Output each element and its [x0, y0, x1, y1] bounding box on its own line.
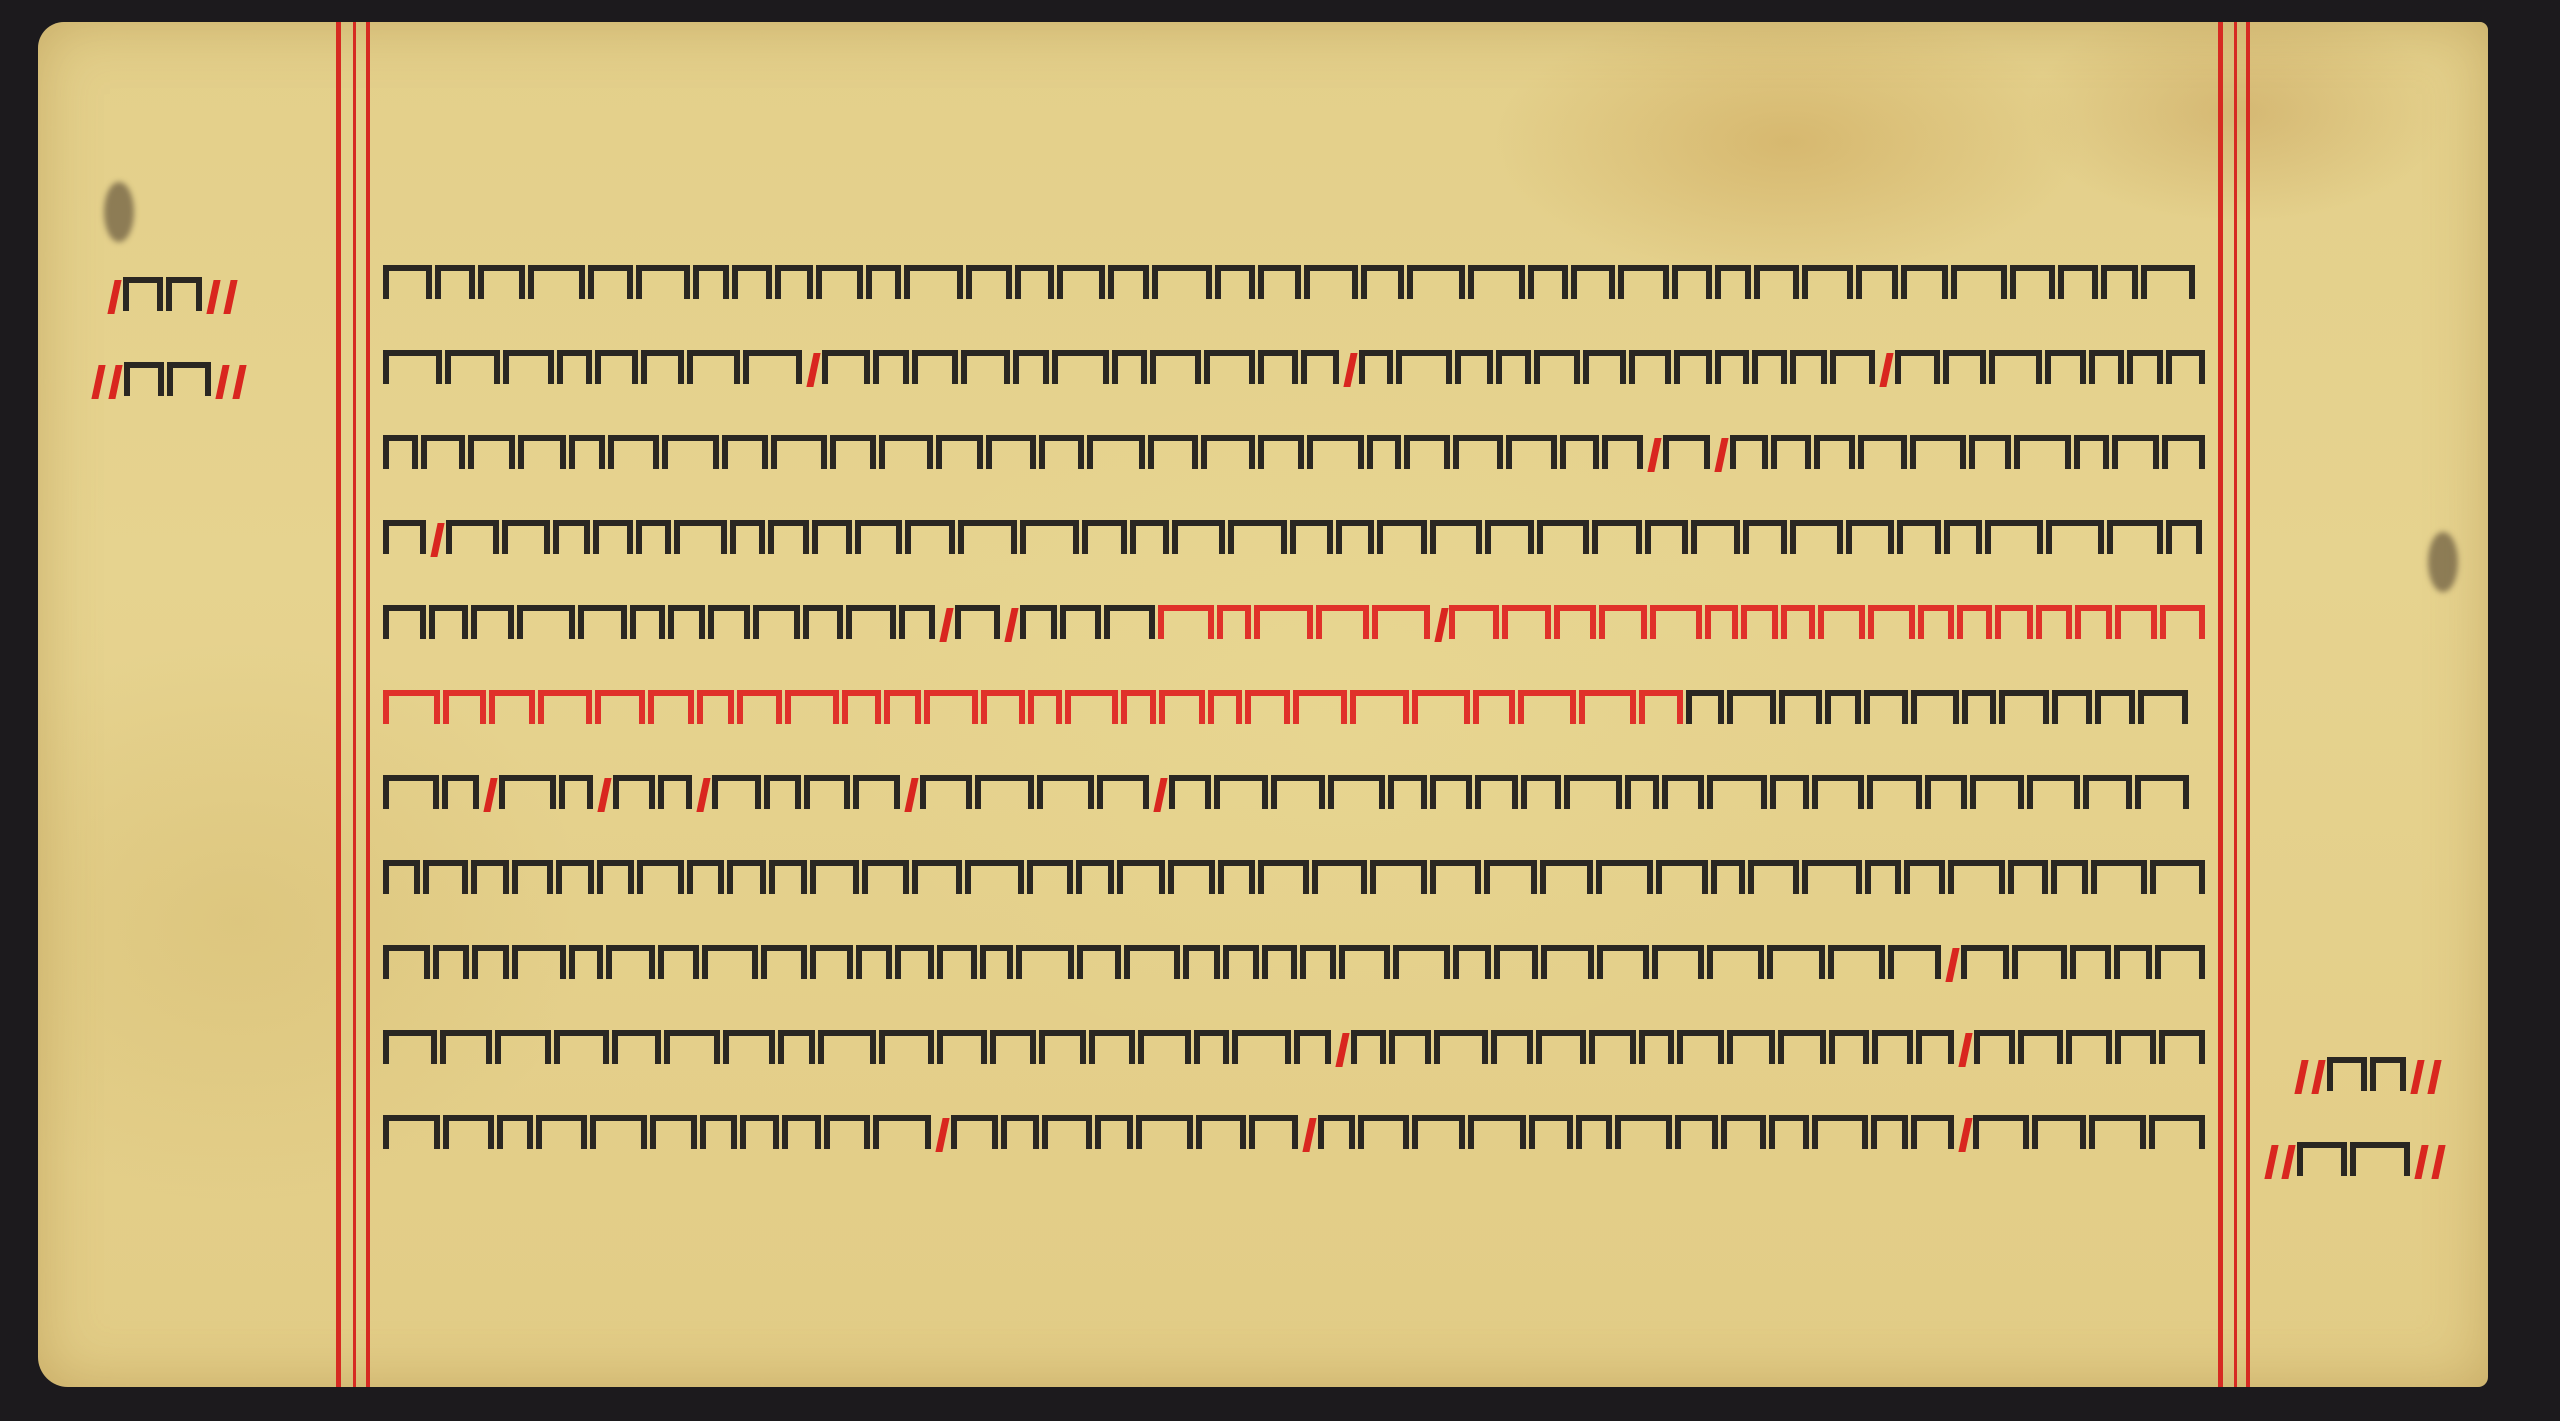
left-margin-rule	[336, 22, 341, 1387]
left-margin-rule	[353, 22, 356, 1387]
script-line	[383, 597, 2208, 653]
script-line	[383, 767, 2208, 823]
script-line	[383, 1107, 2208, 1163]
ink-stain	[104, 182, 134, 242]
script-line	[383, 512, 2208, 568]
right-margin-label	[2293, 1057, 2443, 1097]
left-margin-label	[90, 362, 248, 402]
script-line	[383, 342, 2208, 398]
left-margin-label	[106, 277, 239, 317]
manuscript-folio	[38, 22, 2488, 1387]
script-line	[383, 257, 2208, 313]
script-line	[383, 427, 2208, 483]
script-line	[383, 852, 2208, 908]
script-line	[383, 1022, 2208, 1078]
script-line	[383, 682, 2208, 738]
script-line	[383, 937, 2208, 993]
right-margin-label	[2263, 1142, 2447, 1182]
left-margin-rule	[366, 22, 370, 1387]
right-margin-rule	[2246, 22, 2250, 1387]
right-margin-rule	[2234, 22, 2237, 1387]
ink-stain	[2428, 532, 2458, 592]
right-margin-rule	[2218, 22, 2223, 1387]
